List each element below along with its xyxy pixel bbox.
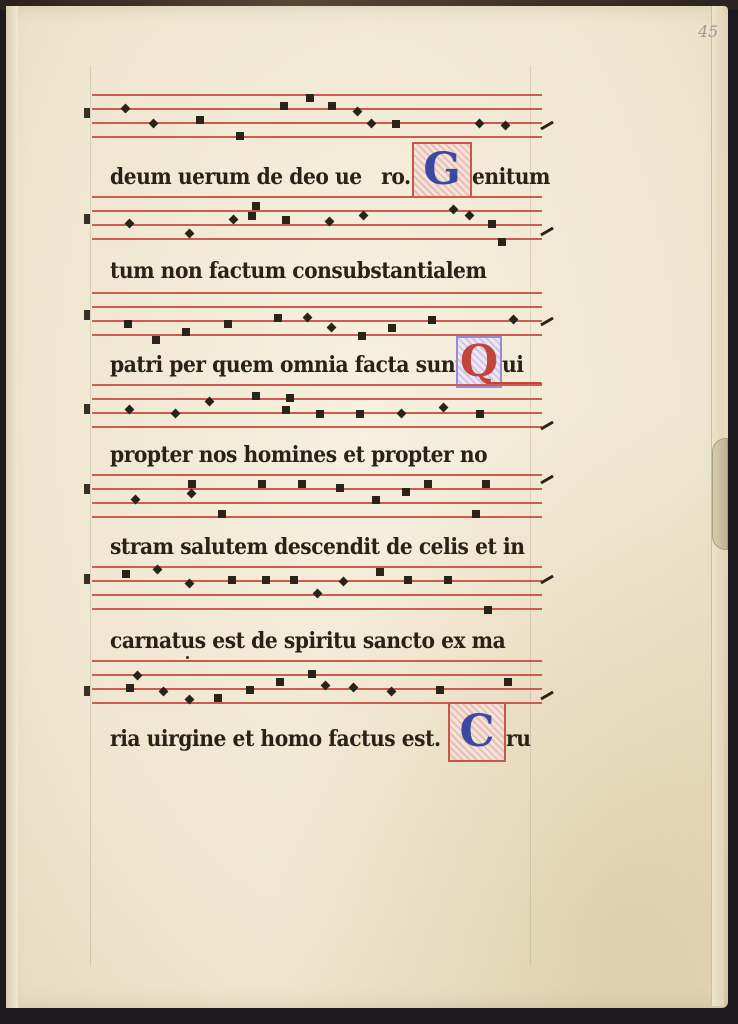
lyric-line-4: propter nos homines et propter no	[110, 438, 487, 472]
illuminated-initial-g: G	[412, 142, 472, 198]
folio-number: 45	[698, 22, 718, 41]
illuminated-initial-c: C	[448, 702, 506, 762]
custos-mark	[540, 317, 554, 327]
music-staff-6	[92, 566, 542, 608]
c-clef-icon	[84, 310, 90, 320]
custos-mark	[540, 575, 554, 585]
custos-mark	[540, 421, 554, 431]
ruling-line	[90, 66, 91, 966]
music-staff-4	[92, 384, 542, 426]
music-staff-2	[92, 196, 542, 238]
c-clef-icon	[84, 214, 90, 224]
c-clef-icon	[84, 108, 90, 118]
lyric-line-5: stram salutem descendit de celis et in	[110, 530, 524, 564]
illuminated-initial-q: Q	[456, 336, 502, 388]
music-staff-7	[92, 660, 542, 702]
music-staff-1	[92, 94, 542, 136]
custos-mark	[540, 121, 554, 131]
custos-mark	[540, 691, 554, 701]
c-clef-icon	[84, 484, 90, 494]
lyric-line-6: carnatus est de spiritu sancto ex ma	[110, 624, 505, 658]
custos-mark	[540, 475, 554, 485]
lyric-continuation-1: enitum	[472, 160, 550, 194]
c-clef-icon	[84, 686, 90, 696]
custos-mark	[540, 227, 554, 237]
music-staff-3	[92, 292, 542, 334]
lyric-line-3: patri per quem omnia facta sunt.	[110, 348, 471, 382]
music-staff-5	[92, 474, 542, 516]
c-clef-icon	[84, 574, 90, 584]
lyric-line-7: ria uirgine et homo factus est.	[110, 722, 441, 756]
lyric-continuation-7: ru	[506, 722, 530, 756]
binding-gutter	[6, 6, 18, 1008]
lyric-line-2: tum non factum consubstantialem	[110, 254, 486, 288]
lyric-line-1: deum uerum de deo ue ro.	[110, 160, 411, 194]
manuscript-page: 45 deum uerum de deo ue ro. G enitum	[6, 6, 728, 1008]
clasp-tab	[712, 438, 728, 550]
lyric-continuation-3: ui	[502, 348, 523, 382]
c-clef-icon	[84, 404, 90, 414]
